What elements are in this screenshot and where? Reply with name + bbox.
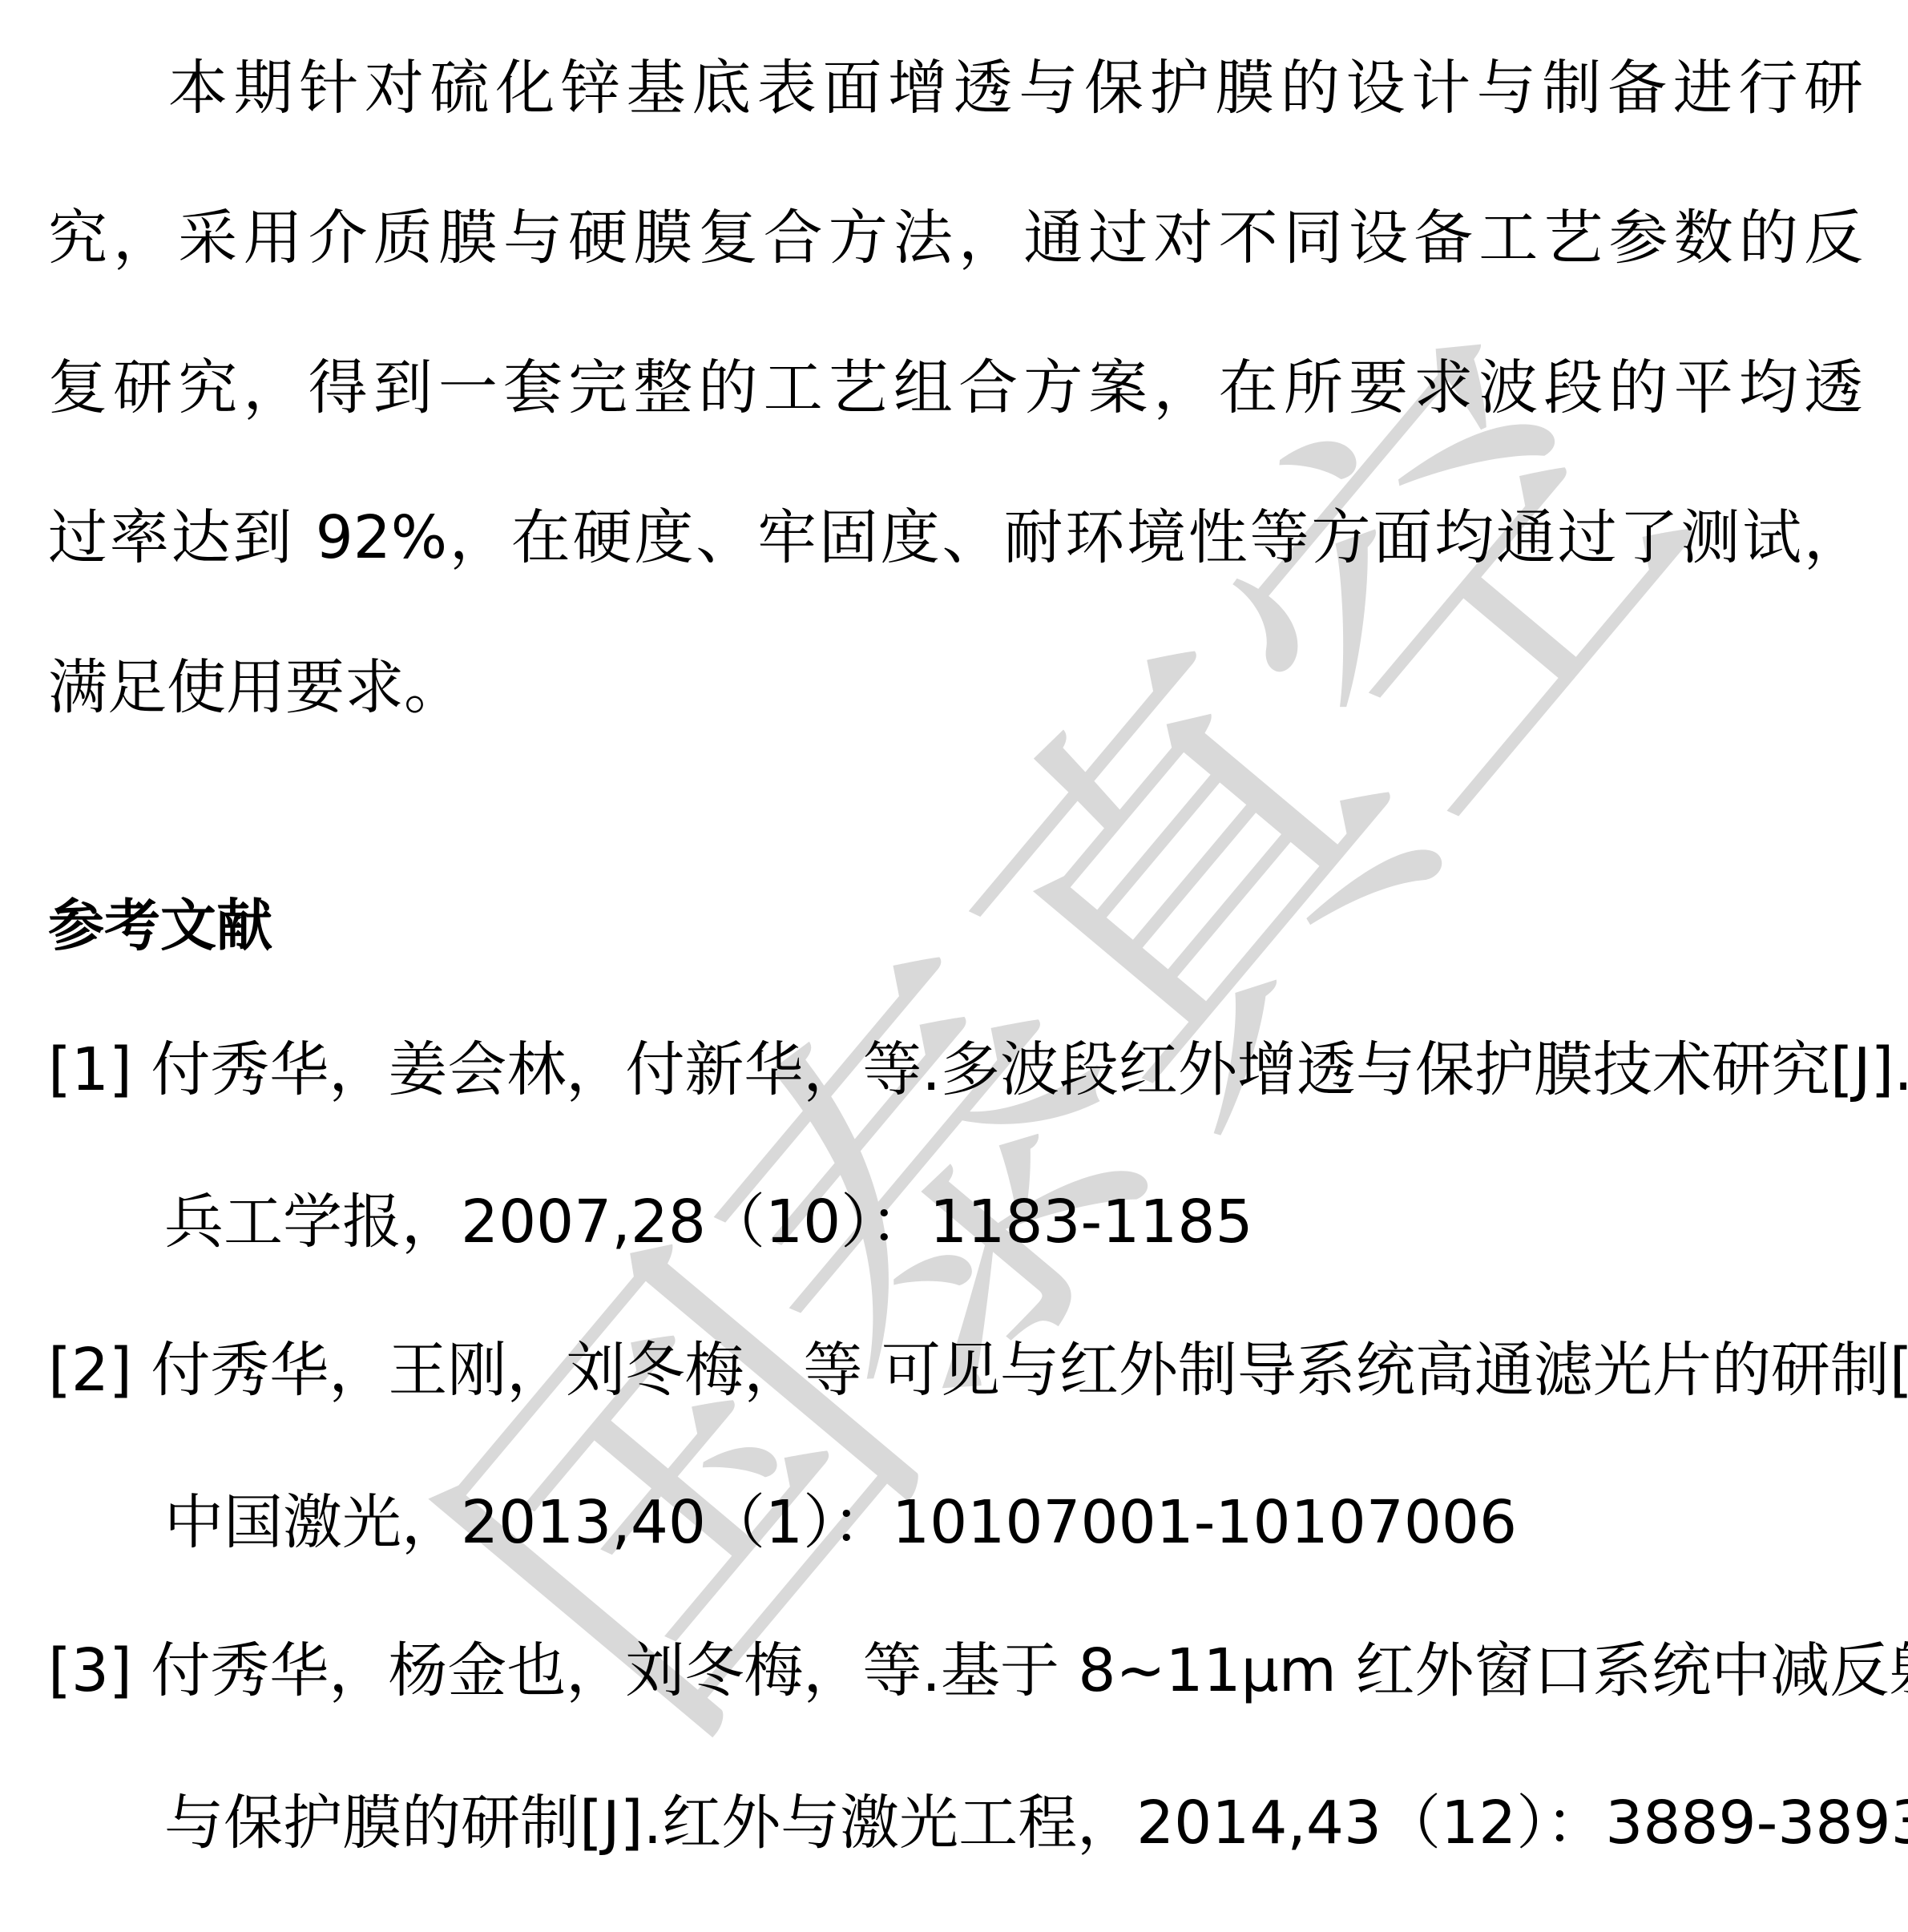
body-line-2: 究，采用介质膜与硬膜复合方法，通过对不同设备工艺参数的反 (48, 202, 1863, 274)
body-line-5: 满足使用要求。 (48, 651, 1863, 724)
reference-3-line-2: 与保护膜的研制[J].红外与激光工程，2014,43（12）：3889-3893 (164, 1787, 1863, 1859)
reference-1-line-2: 兵工学报，2007,28（10）：1183-1185 (164, 1186, 1863, 1258)
reference-2-line-2: 中国激光，2013,40（1）：10107001-10107006 (164, 1486, 1863, 1559)
reference-3-line-1: [3] 付秀华，杨金也，刘冬梅，等.基于 8~11μm 红外窗口系统中减反射 (48, 1635, 1863, 1707)
body-line-4: 过率达到 92%，在硬度、牢固度、耐环境性等方面均通过了测试， (48, 502, 1863, 574)
references-heading: 参考文献 (48, 889, 272, 962)
document-page: 国泰真空 本期针对硫化锌基底表面增透与保护膜的设计与制备进行研 究，采用介质膜与… (0, 0, 1908, 1932)
body-line-3: 复研究，得到一套完整的工艺组合方案，在所要求波段的平均透 (48, 352, 1863, 424)
reference-2-line-1: [2] 付秀华，王刚，刘冬梅，等 可见与红外制导系统高通滤光片的研制[J]. (48, 1334, 1863, 1406)
body-line-1: 本期针对硫化锌基底表面增透与保护膜的设计与制备进行研 (168, 52, 1863, 124)
reference-1-line-1: [1] 付秀华，姜会林，付新华，等.多波段红外增透与保护膜技术研究[J]. (48, 1034, 1863, 1106)
